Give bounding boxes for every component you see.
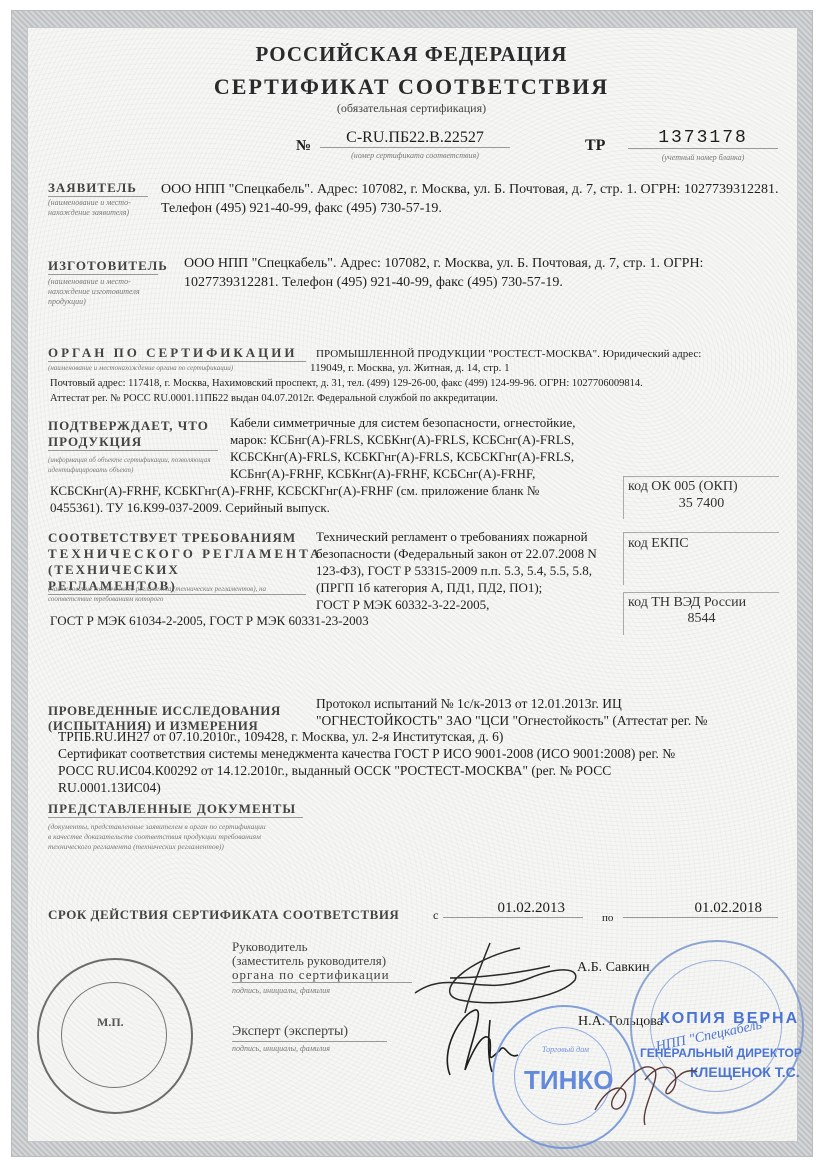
compliance-line3: 123-ФЗ), ГОСТ Р 53315-2009 п.п. 5.3, 5.4… — [316, 563, 592, 580]
tests-label-line1: ПРОВЕДЕННЫЕ ИССЛЕДОВАНИЯ — [48, 703, 281, 719]
tnved-code-box: код ТН ВЭД России 8544 — [623, 592, 779, 635]
certification-body-caption: (наименование и местонахождение органа п… — [48, 363, 308, 373]
validity-to-date: 01.02.2018 — [623, 900, 778, 918]
manufacturer-label: ИЗГОТОВИТЕЛЬ — [48, 258, 158, 275]
head-label-line1: Руководитель — [232, 940, 308, 954]
tests-line2: "ОГНЕСТОЙКОСТЬ" ЗАО "ЦСИ "Огнестойкость"… — [316, 713, 707, 730]
tests-line1: Протокол испытаний № 1с/к-2013 от 12.01.… — [316, 696, 622, 713]
certification-body-seal: М.П. — [37, 958, 193, 1114]
tnved-code-label: код ТН ВЭД России — [624, 593, 779, 611]
tests-line4: Сертификат соответствия системы менеджме… — [58, 746, 675, 763]
compliance-label-line2: ТЕХНИЧЕСКОГО РЕГЛАМЕНТА — [48, 546, 323, 562]
seal-mp-text: М.П. — [97, 1015, 124, 1030]
documents-label: ПРЕДСТАВЛЕННЫЕ ДОКУМЕНТЫ — [48, 801, 303, 818]
copy-verified-name: КЛЕЩЕНОК Т.С. — [690, 1064, 800, 1080]
country-heading: РОССИЙСКАЯ ФЕДЕРАЦИЯ — [0, 42, 823, 67]
form-number: 1373178 — [628, 128, 778, 149]
validity-from-date: 01.02.2013 — [443, 900, 583, 918]
expert-signature-caption: подпись, инициалы, фамилия — [232, 1044, 330, 1054]
product-label-line2: ПРОДУКЦИЯ — [48, 434, 218, 451]
compliance-line4: (ПРГП 1б категория А, ПД1, ПД2, ПО1); — [316, 580, 542, 597]
okp-code-value: 35 7400 — [624, 495, 779, 512]
compliance-line5: ГОСТ Р МЭК 60332-3-22-2005, — [316, 597, 489, 614]
tinko-small-text: Торговый дом — [542, 1045, 589, 1054]
validity-label: СРОК ДЕЙСТВИЯ СЕРТИФИКАТА СООТВЕТСТВИЯ — [48, 907, 399, 923]
certification-body-line4: Аттестат рег. № РОСС RU.0001.11ПБ22 выда… — [50, 391, 498, 408]
compliance-label-line1: СООТВЕТСТВУЕТ ТРЕБОВАНИЯМ — [48, 530, 296, 546]
compliance-line1: Технический регламент о требованиях пожа… — [316, 529, 588, 546]
tests-line3: ТРПБ.RU.ИН27 от 07.10.2010г., 109428, г.… — [58, 729, 503, 746]
certification-body-label: ОРГАН ПО СЕРТИФИКАЦИИ — [48, 345, 306, 362]
certificate-subtitle: (обязательная сертификация) — [0, 101, 823, 116]
head-label-line3: органа по сертификации — [232, 968, 412, 983]
product-line1: Кабели симметричные для систем безопасно… — [230, 415, 575, 432]
okp-code-label: код ОК 005 (ОКП) — [624, 477, 779, 495]
validity-to-prefix: по — [602, 912, 613, 924]
applicant-text: ООО НПП "Спецкабель". Адрес: 107082, г. … — [161, 180, 781, 218]
ekps-code-label: код ЕКПС — [624, 533, 779, 552]
product-line6: 0455361). ТУ 16.К99-037-2009. Серийный в… — [50, 500, 330, 517]
director-signature-icon — [585, 1040, 705, 1140]
product-line5: КСБСКнг(А)-FRHF, КСБКГнг(А)-FRHF, КСБСКГ… — [50, 483, 539, 500]
compliance-caption: (наименование технического регламента (т… — [48, 584, 288, 604]
certificate-number: C-RU.ПБ22.B.22527 — [320, 129, 510, 148]
ekps-code-box: код ЕКПС — [623, 532, 779, 585]
applicant-label: ЗАЯВИТЕЛЬ — [48, 180, 148, 197]
product-line3: КСБСКнг(А)-FRLS, КСБКГнг(А)-FRLS, КСБСКГ… — [230, 449, 574, 466]
manufacturer-text: ООО НПП "Спецкабель". Адрес: 107082, г. … — [184, 254, 784, 292]
form-series: ТР — [585, 137, 605, 155]
manufacturer-caption: (наименование и место-нахождение изготов… — [48, 277, 158, 307]
product-label-line1: ПОДТВЕРЖДАЕТ, ЧТО — [48, 418, 209, 434]
tests-line5: РОСС RU.ИС04.К00292 от 14.12.2010г., выд… — [58, 763, 611, 780]
head-label-line2: (заместитель руководителя) — [232, 954, 386, 968]
applicant-caption: (наименование и место-нахождение заявите… — [48, 198, 153, 218]
validity-from-prefix: с — [433, 908, 438, 923]
certificate-number-caption: (номер сертификата соответствия) — [320, 151, 510, 161]
head-signature-caption: подпись, инициалы, фамилия — [232, 986, 330, 996]
product-line2: марок: КСБнг(А)-FRLS, КСБКнг(А)-FRLS, КС… — [230, 432, 574, 449]
number-sign: № — [296, 138, 311, 155]
certificate-title: СЕРТИФИКАТ СООТВЕТСТВИЯ — [0, 74, 823, 100]
certification-body-line2: 119049, г. Москва, ул. Житная, д. 14, ст… — [310, 360, 510, 377]
expert-label: Эксперт (эксперты) — [232, 1024, 387, 1042]
tnved-code-value: 8544 — [624, 611, 779, 627]
form-number-caption: (учетный номер бланка) — [628, 153, 778, 163]
product-line4: КСБнг(А)-FRHF, КСБКнг(А)-FRHF, КСБСнг(А)… — [230, 466, 535, 483]
compliance-line2: безопасности (Федеральный закон от 22.07… — [316, 546, 597, 563]
compliance-line6: ГОСТ Р МЭК 61034-2-2005, ГОСТ Р МЭК 6033… — [50, 613, 369, 630]
okp-code-box: код ОК 005 (ОКП) 35 7400 — [623, 476, 779, 519]
documents-caption: (документы, представленные заявителем в … — [48, 822, 268, 852]
product-caption: (информация об объекте сертификации, поз… — [48, 455, 223, 475]
tests-line6: RU.0001.13ИС04) — [58, 780, 161, 797]
